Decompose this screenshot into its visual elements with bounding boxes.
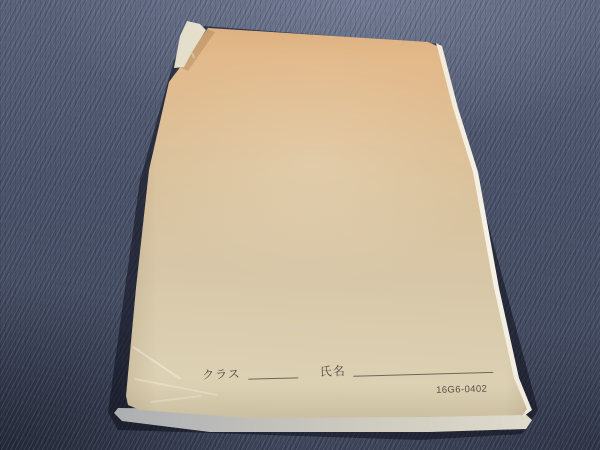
product-code: 16G6-0402 — [436, 385, 487, 396]
name-label: 氏名 — [320, 365, 346, 378]
class-label: クラス — [202, 368, 241, 381]
class-fill-in-line — [248, 366, 298, 379]
photo-scene: クラス 氏名 16G6-0402 — [0, 0, 600, 450]
